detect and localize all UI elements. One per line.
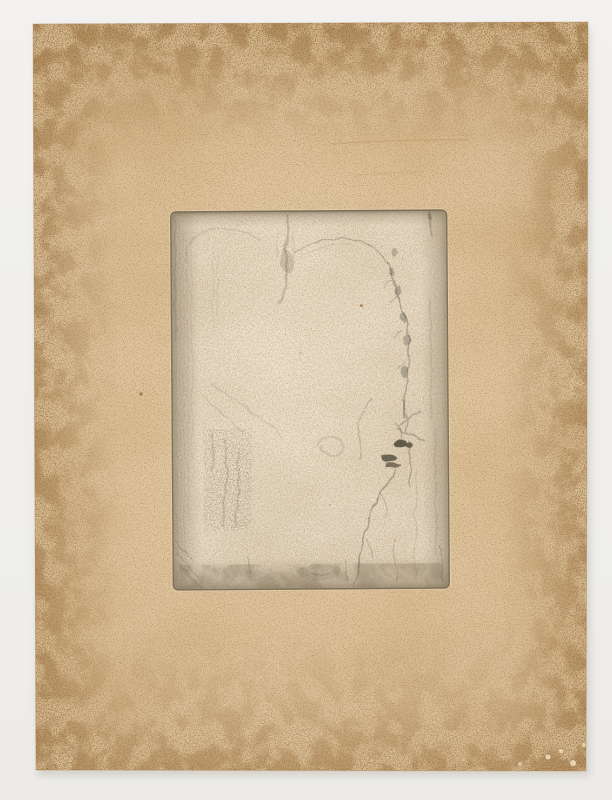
- plate-foxing-specks: [171, 210, 450, 590]
- plate-texture: [171, 210, 450, 590]
- smudge-patch: [203, 428, 252, 530]
- artwork-photo: [0, 0, 612, 800]
- dark-fleck: [98, 46, 101, 49]
- etching-photograph: [0, 0, 612, 800]
- dark-fleck: [139, 392, 142, 395]
- plate-impression: [170, 209, 451, 591]
